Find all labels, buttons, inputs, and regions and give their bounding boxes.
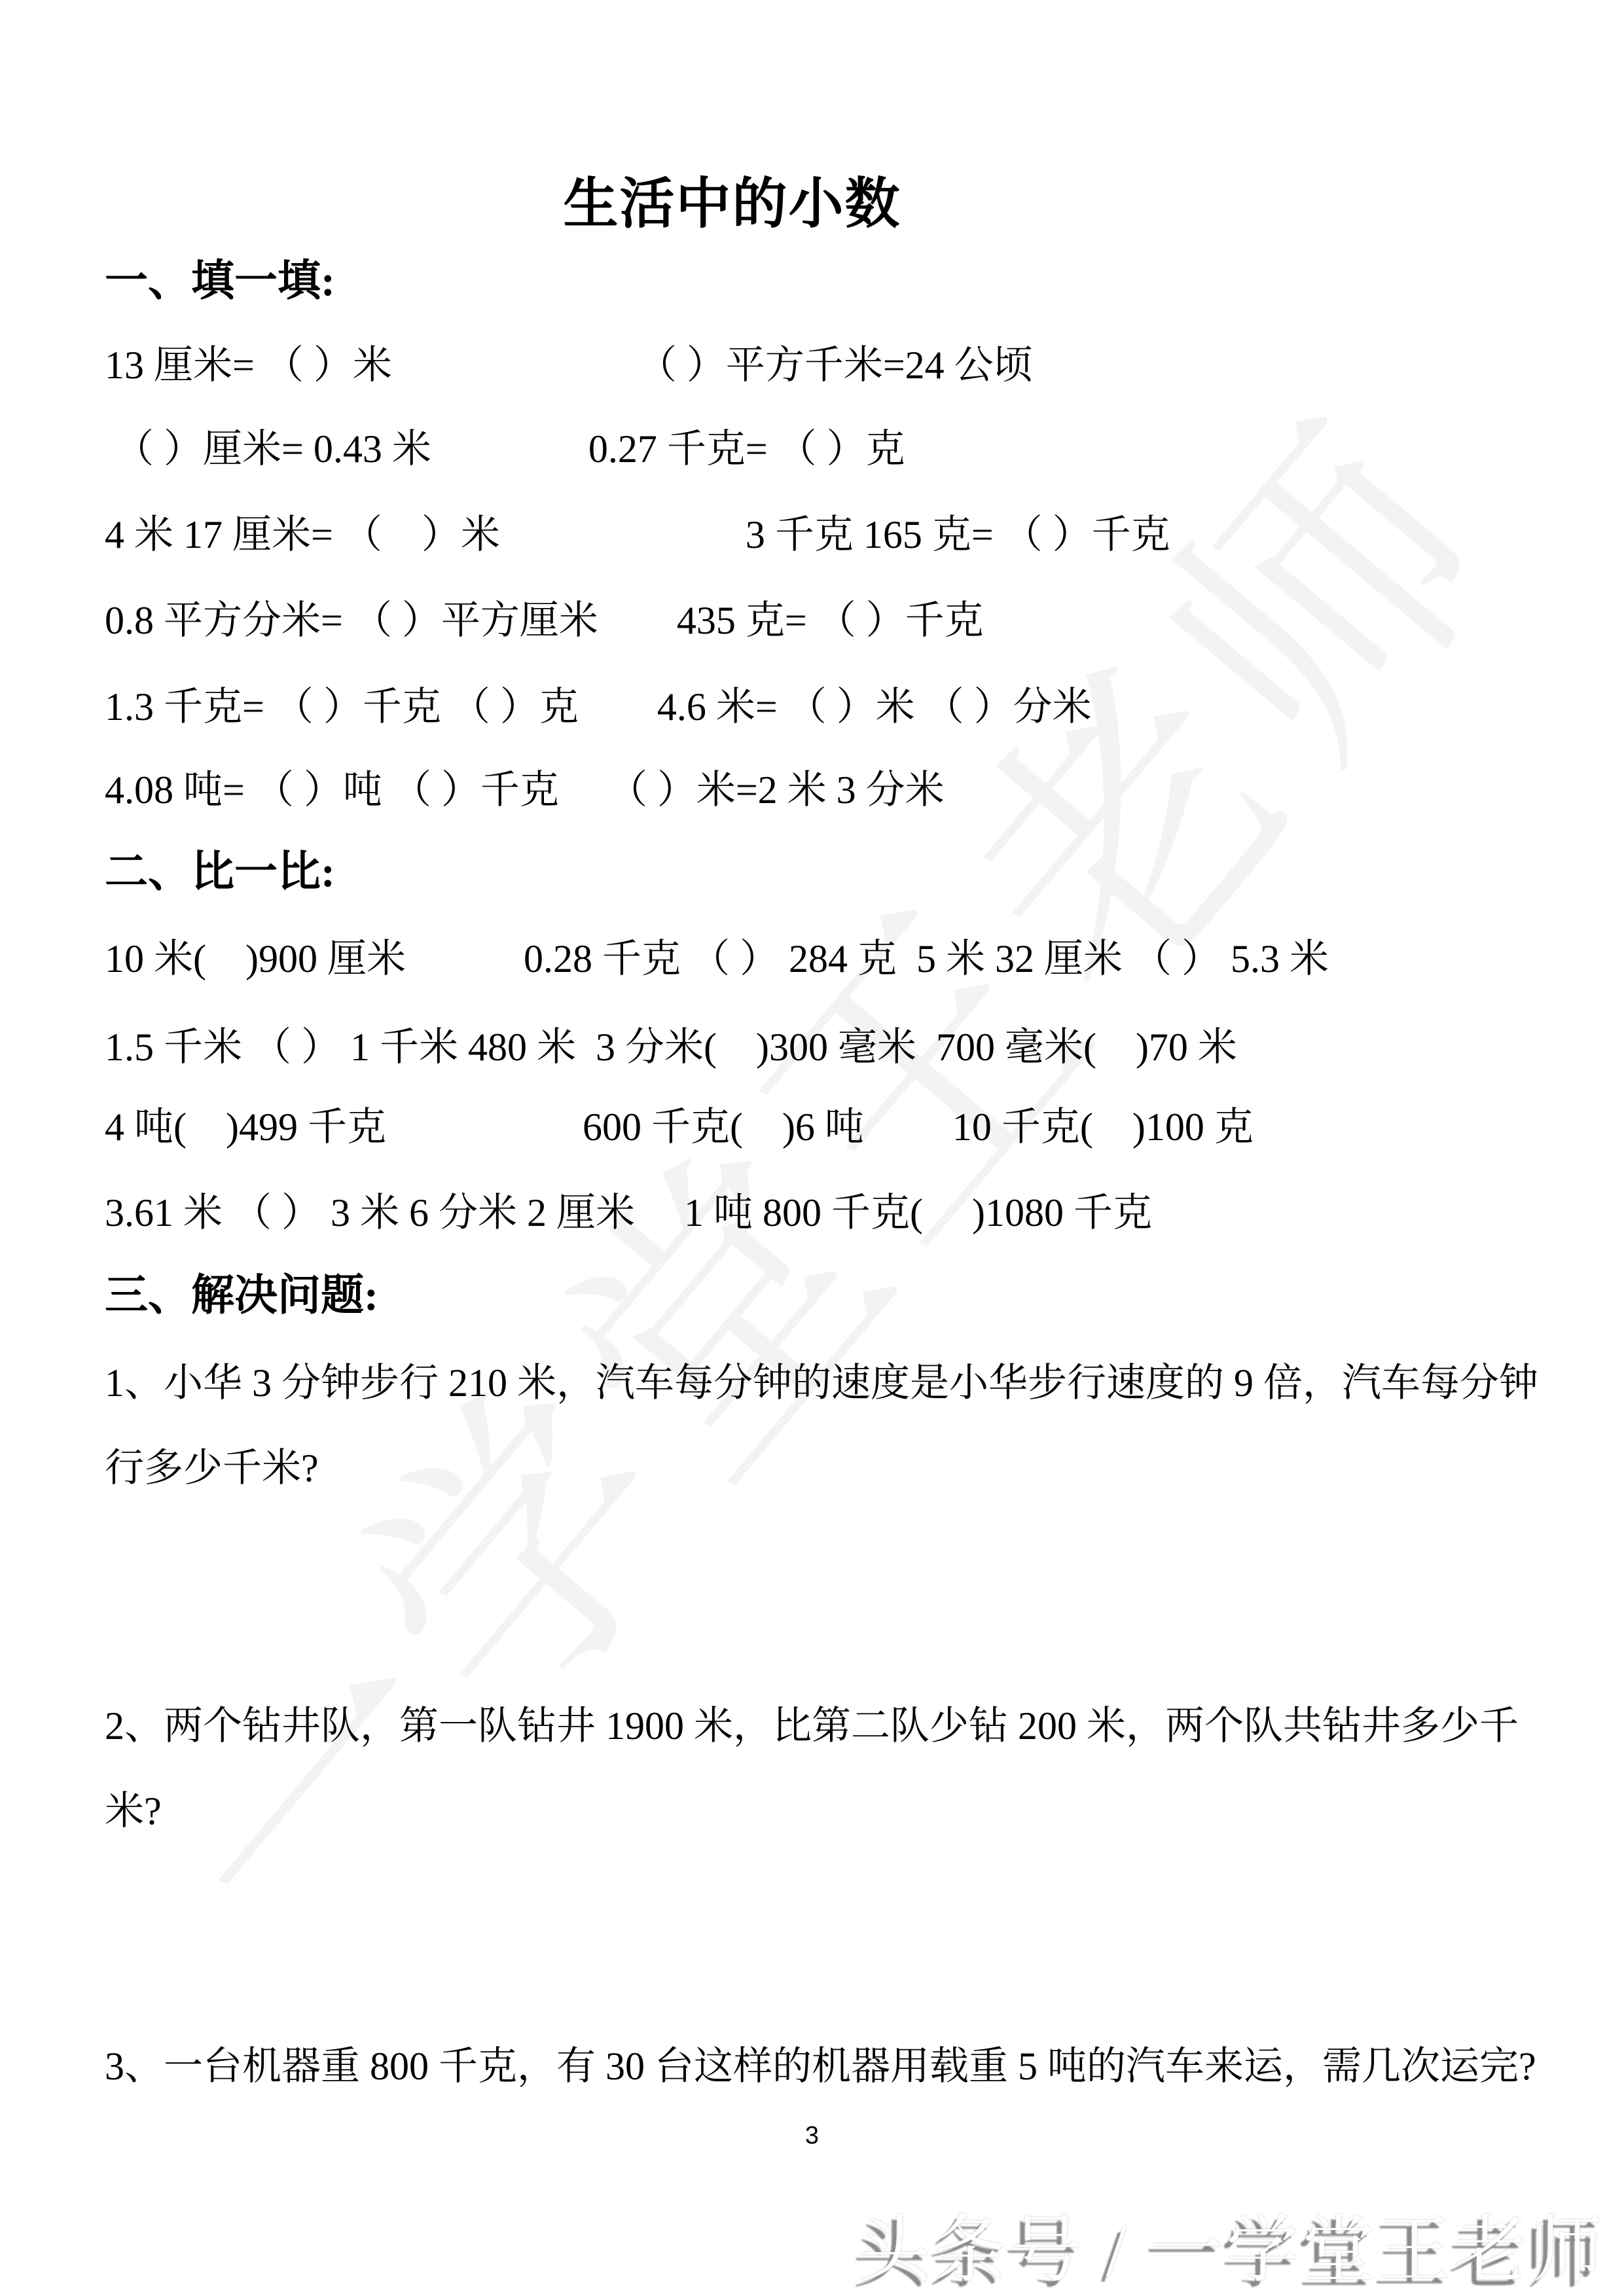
page-title: 生活中的小数 (0, 160, 1544, 239)
compare-line: 3.61 米 （ ） 3 米 6 分米 2 厘米 1 吨 800 千克( )10… (105, 1188, 1152, 1238)
problem-line: 行多少千米? (105, 1443, 319, 1493)
problem-line: 1、小华 3 分钟步行 210 米，汽车每分钟的速度是小华步行速度的 9 倍，汽… (105, 1358, 1538, 1408)
fill-line: 0.8 平方分米= （ ）平方厘米 435 克= （ ）千克 (105, 596, 984, 645)
fill-line: （ ）厘米= 0.43 米 0.27 千克= （ ）克 (105, 424, 905, 474)
compare-line: 10 米( )900 厘米 0.28 千克 （ ） 284 克 5 米 32 厘… (105, 934, 1329, 984)
problem-line: 米? (105, 1786, 162, 1836)
section-heading-fill: 一、填一填: (105, 255, 335, 308)
footer-watermark: 头条号 / 一学堂王老师 (857, 2191, 1606, 2296)
fill-line: 1.3 千克= （ ）千克 （ ）克 4.6 米= （ ）米 （ ）分米 (105, 682, 1092, 732)
fill-line: 13 厘米= （ ）米 （ ）平方千米=24 公顷 (105, 340, 1033, 390)
problem-line: 3、一台机器重 800 千克，有 30 台这样的机器用载重 5 吨的汽车来运，需… (105, 2041, 1536, 2091)
page-number: 3 (0, 2122, 1624, 2150)
section-heading-solve: 三、解决问题: (105, 1270, 378, 1322)
fill-line: 4 米 17 厘米= （ ）米 3 千克 165 克= （ ）千克 (105, 510, 1170, 560)
worksheet-page: 一学堂王老师 生活中的小数 一、填一填: 13 厘米= （ ）米 （ ）平方千米… (0, 0, 1624, 2296)
section-heading-compare: 二、比一比: (105, 846, 335, 899)
diagonal-watermark: 一学堂王老师 (46, 317, 1578, 2027)
problem-line: 2、两个钻井队，第一队钻井 1900 米，比第二队少钻 200 米，两个队共钻井… (105, 1701, 1519, 1751)
compare-line: 1.5 千米 （ ） 1 千米 480 米 3 分米( )300 毫米 700 … (105, 1022, 1237, 1072)
fill-line: 4.08 吨= （ ）吨 （ ）千克 （ ）米=2 米 3 分米 (105, 765, 945, 815)
compare-line: 4 吨( )499 千克 600 千克( )6 吨 10 千克( )100 克 (105, 1102, 1254, 1152)
